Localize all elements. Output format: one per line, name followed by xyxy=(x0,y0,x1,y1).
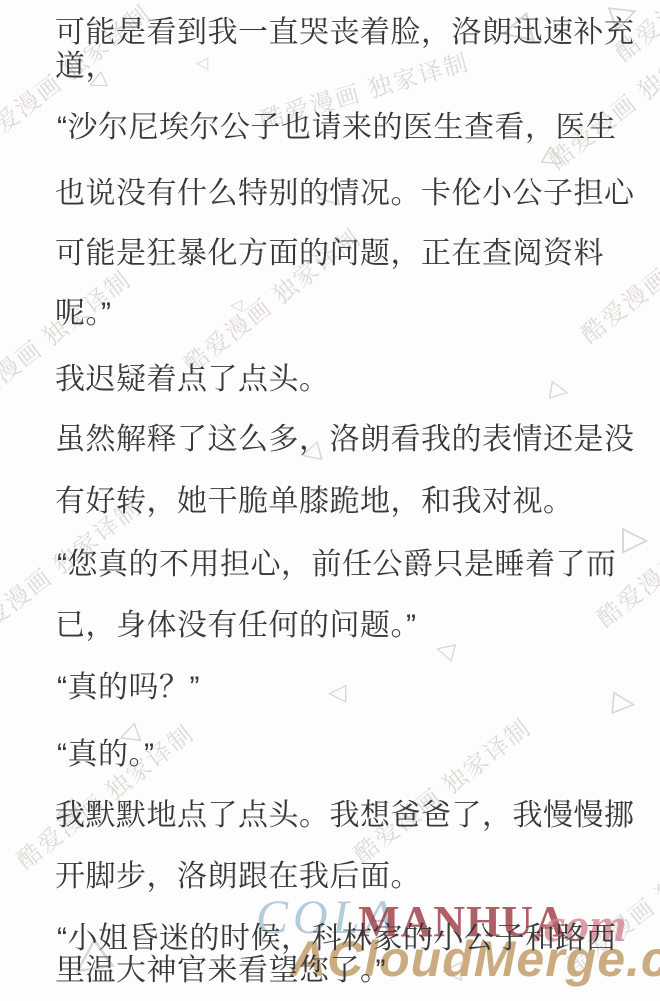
text-line: 已，身体没有任何的问题。” xyxy=(55,611,417,641)
text-line: 我默默地点了点头。我想爸爸了，我慢慢挪 xyxy=(55,801,635,831)
novel-text-page: 酷爱漫画 独家译制 酷爱漫画 独家译制 酷爱漫画 独家译制 酷爱漫画 独家译制 … xyxy=(0,0,660,1001)
paper-plane-icon: ◁ xyxy=(230,298,242,314)
diagonal-watermark: 酷爱漫画 独家译制 xyxy=(345,709,537,870)
text-line: 可能是看到我一直哭丧着脸，洛朗迅速补充 xyxy=(55,18,635,48)
diagonal-watermark: 酷爱漫画 独家译制 xyxy=(0,261,137,422)
text-line: 道， xyxy=(55,52,116,82)
text-line: 可能是狂暴化方面的问题，正在查阅资料 xyxy=(55,239,604,269)
text-line: 呢。” xyxy=(55,299,112,329)
text-line: “小姐昏迷的时候，科林家的小公子和路西 xyxy=(57,924,617,954)
paper-plane-icon: ◁ xyxy=(622,526,648,560)
text-line: 也说没有什么特别的情况。卡伦小公子担心 xyxy=(55,179,635,209)
paper-plane-icon: ◁ xyxy=(196,56,208,72)
text-line: 虽然解释了这么多，洛朗看我的表情还是没 xyxy=(55,425,635,455)
text-line: “真的。” xyxy=(57,740,154,770)
text-line: “真的吗？” xyxy=(57,673,200,703)
text-line: 我迟疑着点了点头。 xyxy=(55,365,330,395)
paper-plane-icon: ◁ xyxy=(611,689,637,721)
text-line: 有好转，她干脆单膝跪地，和我对视。 xyxy=(55,487,574,517)
text-line: 开脚步，洛朗跟在我后面。 xyxy=(55,862,421,892)
paper-plane-icon: ◁ xyxy=(328,681,346,705)
paper-plane-icon: ◁ xyxy=(548,379,570,406)
paper-plane-icon: ◁ xyxy=(433,636,457,664)
text-line: 里温大神官来看望您了。” xyxy=(55,956,386,986)
text-line: “沙尔尼埃尔公子也请来的医生查看，医生 xyxy=(57,113,617,143)
text-line: “您真的不用担心，前任公爵只是睡着了而 xyxy=(57,550,617,580)
